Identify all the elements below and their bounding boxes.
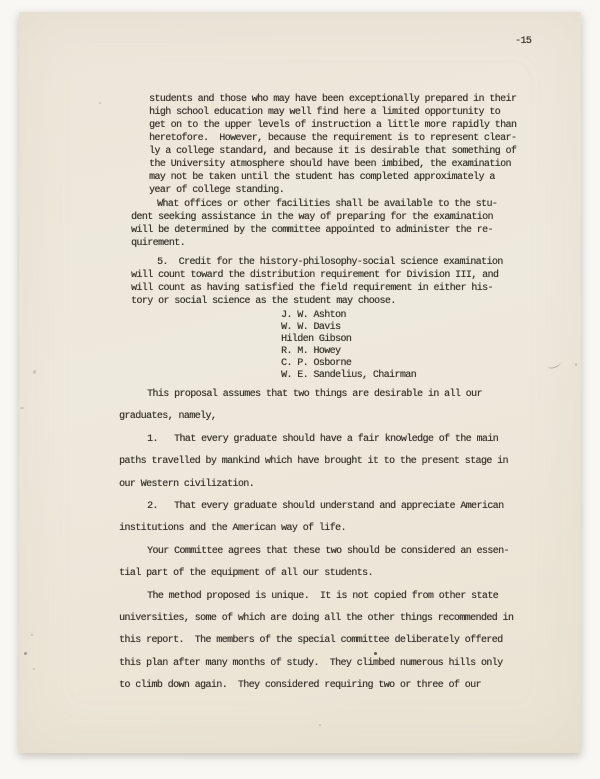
- typed-line: this report. The members of the special …: [119, 630, 513, 652]
- typed-line: quirement.: [131, 237, 497, 250]
- typed-line: The method proposed is unique. It is not…: [119, 586, 513, 608]
- paper-speck: [20, 407, 24, 409]
- scan-background: -15 students and those who may have been…: [0, 0, 600, 779]
- ink-mark: [374, 652, 377, 655]
- paper-speck: [575, 363, 577, 366]
- typed-line: our Western civilization.: [119, 474, 513, 496]
- typed-line: 1. That every graduate should have a fai…: [119, 429, 513, 451]
- typed-line: dent seeking assistance in the way of pr…: [131, 211, 497, 224]
- typed-line: will be determined by the committee appo…: [131, 224, 497, 237]
- typed-line: heretofore. However, because the require…: [149, 132, 516, 145]
- typed-line: J. W. Ashton: [281, 310, 416, 322]
- typed-line: high school education may well find here…: [149, 106, 516, 119]
- committee-signatories: J. W. AshtonW. W. DavisHilden GibsonR. M…: [281, 310, 416, 382]
- paper-speck: [31, 634, 33, 636]
- typed-line: W. W. Davis: [281, 322, 416, 334]
- paper-speck: [32, 370, 36, 375]
- typed-line: R. M. Howey: [281, 346, 416, 358]
- typed-line: 5. Credit for the history-philosophy-soc…: [131, 256, 503, 269]
- typed-line: to climb down again. They considered req…: [119, 675, 513, 697]
- typed-line: tory or social science as the student ma…: [131, 295, 503, 308]
- page-number: -15: [515, 36, 531, 48]
- typed-line: may not be taken until the student has c…: [149, 171, 516, 184]
- typed-paragraph-continuation: students and those who may have been exc…: [149, 93, 516, 197]
- typed-body-double-spaced: This proposal assumes that two things ar…: [119, 384, 513, 698]
- typed-line: universities, some of which are doing al…: [119, 608, 513, 630]
- typed-line: What offices or other facilities shall b…: [131, 198, 497, 211]
- typed-line: C. P. Osborne: [281, 358, 416, 370]
- typed-line: students and those who may have been exc…: [149, 93, 516, 106]
- typed-line: Your Committee agrees that these two sho…: [119, 541, 513, 563]
- paper-speck: [99, 102, 101, 104]
- pencil-mark: [546, 358, 562, 369]
- screenshot-root: { "page": { "number": "-15" }, "colors":…: [0, 0, 600, 779]
- typed-line: will count as having satisfied the field…: [131, 282, 503, 295]
- paper-speck: [319, 724, 321, 726]
- typed-line: this plan after many months of study. Th…: [119, 653, 513, 675]
- typed-line: institutions and the American way of lif…: [119, 518, 513, 540]
- document-page: -15 students and those who may have been…: [19, 12, 581, 753]
- typed-line: Hilden Gibson: [281, 334, 416, 346]
- typed-line: paths travelled by mankind which have br…: [119, 451, 513, 473]
- typed-line: will count toward the distribution requi…: [131, 269, 503, 282]
- typed-line: W. E. Sandelius, Chairman: [281, 370, 416, 382]
- typed-line: year of college standing.: [149, 184, 516, 197]
- typed-line: tial part of the equipment of all our st…: [119, 563, 513, 585]
- typed-line: 2. That every graduate should understand…: [119, 496, 513, 518]
- typed-line: get on to the upper levels of instructio…: [149, 119, 516, 132]
- typed-line: ly a college standard, and because it is…: [149, 145, 516, 158]
- typed-paragraph-item5: 5. Credit for the history-philosophy-soc…: [131, 256, 503, 308]
- typed-line: the University atmosphere should have be…: [149, 158, 516, 171]
- paper-speck: [33, 668, 35, 670]
- paper-speck: [24, 652, 27, 655]
- typed-line: This proposal assumes that two things ar…: [119, 384, 513, 406]
- typed-paragraph-offices: What offices or other facilities shall b…: [131, 198, 497, 250]
- typed-line: graduates, namely,: [119, 406, 513, 428]
